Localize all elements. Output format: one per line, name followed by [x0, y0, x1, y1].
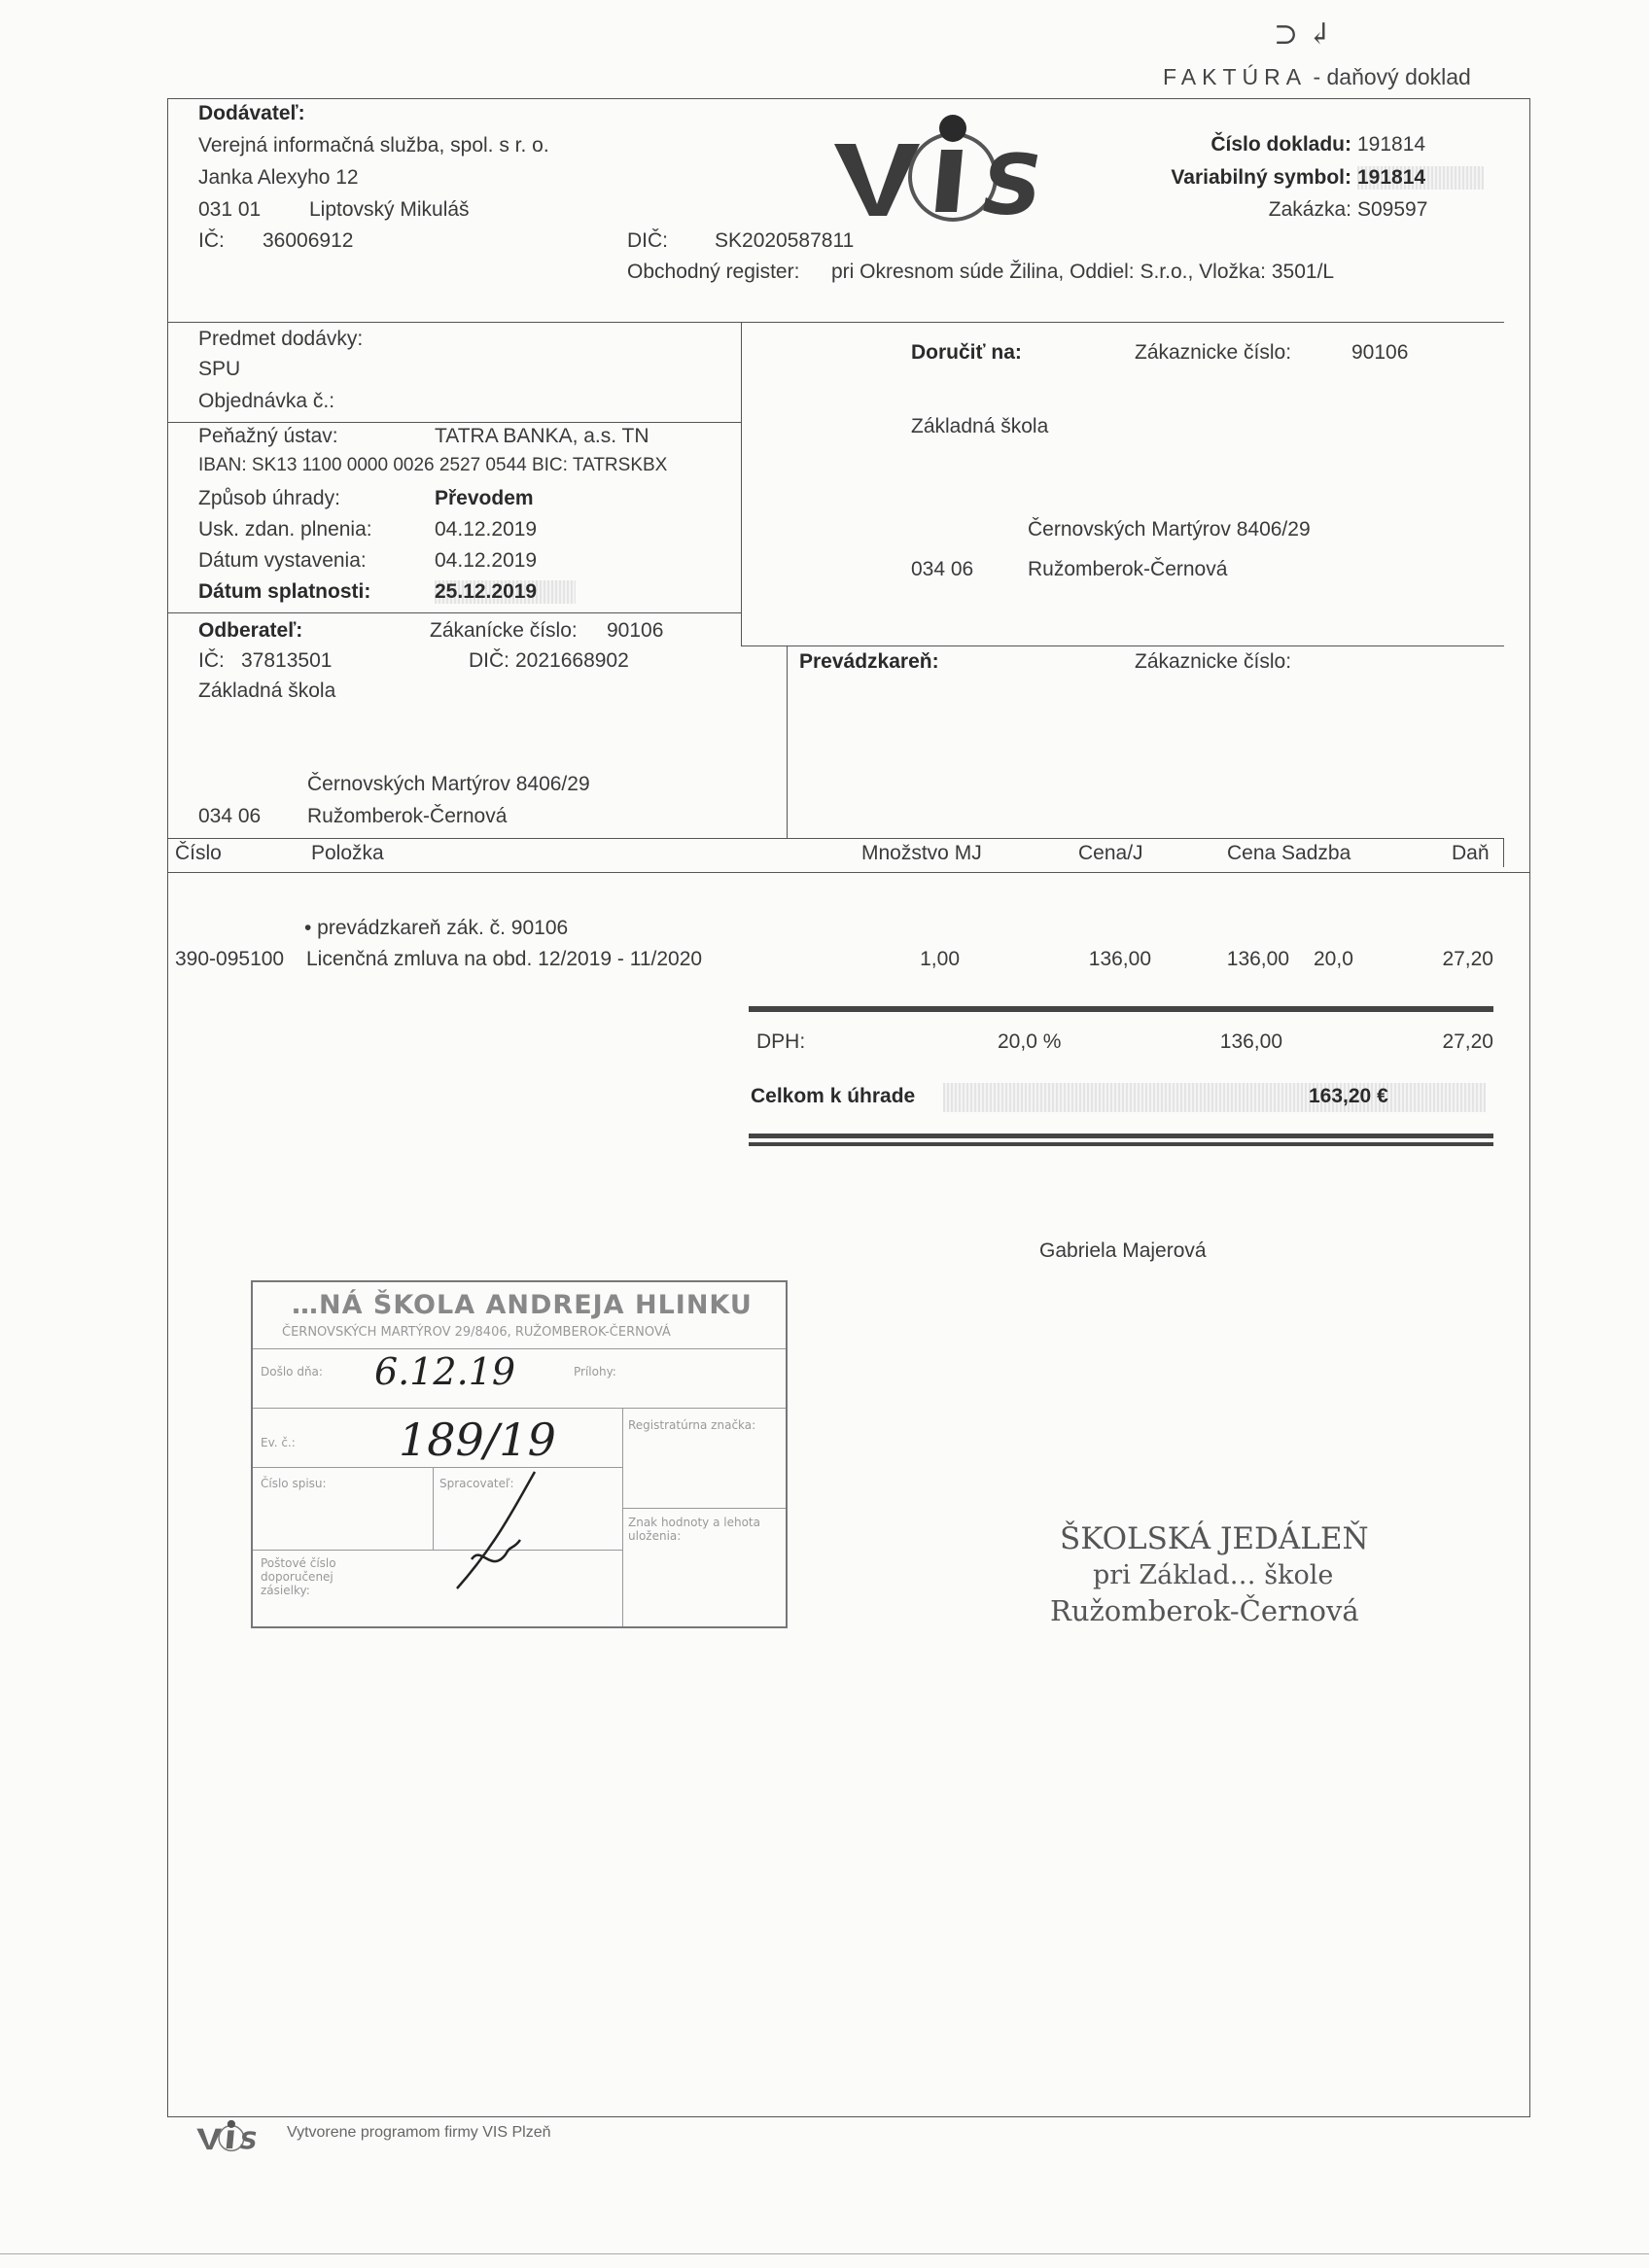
- item-unit-price: 136,00: [1089, 948, 1151, 971]
- summary-top-rule: [749, 1006, 1493, 1012]
- item-description: Licenčná zmluva na obd. 12/2019 - 11/202…: [306, 948, 702, 971]
- stamp-reg-label: Ev. č.:: [261, 1436, 296, 1449]
- customer-street: Černovských Martýrov 8406/29: [307, 773, 590, 796]
- item-tax: 27,20: [1442, 948, 1493, 971]
- table-header-divider: [167, 872, 1530, 873]
- divider-vertical: [1503, 838, 1504, 867]
- document-title-sub: - daňový doklad: [1313, 64, 1470, 89]
- stamp-received-label: Došlo dňa:: [261, 1365, 323, 1378]
- total-label: Celkom k úhrade: [751, 1085, 915, 1108]
- deliver-to-zip: 034 06: [911, 558, 973, 581]
- vat-rate: 20,0 %: [998, 1030, 1061, 1054]
- footer-vis-logo-graphic: S: [194, 2117, 263, 2152]
- payment-method: Převodem: [435, 487, 534, 510]
- stamp-file-no-label: Číslo spisu:: [261, 1477, 327, 1490]
- issued-by: Gabriela Majerová: [1039, 1239, 1207, 1263]
- signature-icon: [438, 1467, 554, 1593]
- footer-vis-logo: S: [194, 2117, 263, 2152]
- stamp2-line1: ŠKOLSKÁ JEDÁLEŇ: [1060, 1521, 1369, 1556]
- deliver-to-customer-no: 90106: [1351, 341, 1408, 365]
- deliver-to-label: Doručiť na:: [911, 341, 1022, 365]
- stamp-title: …NÁ ŠKOLA ANDREJA HLINKU: [292, 1290, 753, 1320]
- issue-date: 04.12.2019: [435, 549, 537, 573]
- deliver-to-street: Černovských Martýrov 8406/29: [1028, 518, 1311, 541]
- tax-date: 04.12.2019: [435, 518, 537, 541]
- register-label: Obchodný register:: [627, 261, 799, 284]
- deliver-to-customer-no-label: Zákaznicke číslo:: [1135, 341, 1291, 365]
- doc-number-label: Číslo dokladu:: [1210, 133, 1351, 157]
- divider-vertical: [787, 646, 788, 838]
- stamp-registry-mark-label: Registratúrna značka:: [628, 1418, 755, 1432]
- stamp-received-value: 6.12.19: [374, 1350, 515, 1393]
- deliver-to-city: Ružomberok-Černová: [1028, 558, 1227, 581]
- payment-method-label: Způsob úhrady:: [198, 487, 340, 510]
- customer-label: Odberateľ:: [198, 619, 302, 643]
- customer-dic: 2021668902: [515, 649, 629, 673]
- supplier-dic: SK2020587811: [715, 229, 854, 253]
- supplier-name: Verejná informačná služba, spol. s r. o.: [198, 134, 549, 157]
- due-date-label: Dátum splatnosti:: [198, 580, 370, 604]
- variable-symbol-label: Variabilný symbol:: [1171, 166, 1351, 190]
- customer-ico: 37813501: [241, 649, 332, 673]
- customer-no-label: Zákanícke číslo:: [430, 619, 578, 643]
- stamp2-line2: pri Základ… škole: [1093, 1560, 1333, 1590]
- col-header-number: Číslo: [175, 842, 222, 865]
- divider: [167, 838, 1504, 839]
- supplier-ico: 36006912: [263, 229, 353, 253]
- divider: [167, 612, 741, 613]
- scan-edge: [0, 2253, 1649, 2254]
- svg-text:S: S: [982, 137, 1042, 224]
- divider: [167, 322, 1504, 323]
- stamp-attachments-label: Prílohy:: [574, 1365, 616, 1378]
- deliver-to-name: Základná škola: [911, 415, 1048, 438]
- vis-logo-graphic: S: [826, 107, 1060, 224]
- col-header-price-rate: Cena Sadzba: [1227, 842, 1351, 865]
- divider: [167, 422, 741, 423]
- vat-amount: 27,20: [1442, 1030, 1493, 1054]
- establishment-label: Prevádzkareň:: [799, 650, 939, 674]
- variable-symbol: 191814: [1357, 166, 1484, 190]
- col-header-tax: Daň: [1452, 842, 1490, 865]
- handwritten-mark: ⊃ ↲: [1274, 17, 1332, 52]
- frame-left: [167, 98, 168, 2116]
- frame-top: [167, 98, 1530, 99]
- stamp-storage-label: Znak hodnoty a lehota uloženia:: [628, 1516, 774, 1543]
- supplier-ico-label: IČ:: [198, 229, 225, 253]
- order-value: S09597: [1357, 198, 1427, 222]
- total-amount: 163,20 €: [1309, 1085, 1388, 1108]
- due-date: 25.12.2019: [435, 580, 576, 604]
- customer-dic-label: DIČ:: [469, 649, 509, 673]
- item-code: 390-095100: [175, 948, 284, 971]
- issue-date-label: Dátum vystavenia:: [198, 549, 367, 573]
- document-title: FAKTÚRA - daňový doklad: [1163, 64, 1471, 90]
- divider-vertical: [741, 322, 742, 646]
- col-header-quantity: Množstvo MJ: [861, 842, 982, 865]
- customer-no: 90106: [607, 619, 663, 643]
- col-header-item: Položka: [311, 842, 384, 865]
- frame-right: [1529, 98, 1530, 2116]
- establishment-customer-no-label: Zákaznicke číslo:: [1135, 650, 1291, 674]
- customer-zip: 034 06: [198, 805, 261, 828]
- supplier-city: Liptovský Mikuláš: [309, 198, 470, 222]
- stamp-reg-value: 189/19: [399, 1413, 556, 1466]
- item-price: 136,00: [1227, 948, 1289, 971]
- bank-value: TATRA BANKA, a.s. TN: [435, 425, 649, 448]
- col-header-unit-price: Cena/J: [1078, 842, 1143, 865]
- supplier-zip: 031 01: [198, 198, 261, 222]
- vis-logo: S: [826, 107, 1060, 224]
- footer-text: Vytvorene programom firmy VIS Plzeň: [287, 2124, 551, 2142]
- order-number-label: Objednávka č.:: [198, 390, 334, 413]
- delivery-subject-value: SPU: [198, 358, 240, 381]
- bank-label: Peňažný ústav:: [198, 425, 338, 448]
- item-rate: 20,0: [1314, 948, 1353, 971]
- supplier-dic-label: DIČ:: [627, 229, 668, 253]
- customer-name: Základná škola: [198, 680, 335, 703]
- total-shading: [943, 1083, 1486, 1112]
- doc-number: 191814: [1357, 133, 1425, 157]
- vat-base: 136,00: [1220, 1030, 1282, 1054]
- item-quantity: 1,00: [920, 948, 960, 971]
- tax-date-label: Usk. zdan. plnenia:: [198, 518, 372, 541]
- registry-stamp: …NÁ ŠKOLA ANDREJA HLINKU ČERNOVSKÝCH MAR…: [251, 1280, 788, 1628]
- iban-line: IBAN: SK13 1100 0000 0026 2527 0544 BIC:…: [198, 455, 667, 476]
- document-title-main: FAKTÚRA: [1163, 64, 1307, 89]
- order-label: Zakázka:: [1269, 198, 1351, 222]
- svg-text:S: S: [240, 2127, 258, 2152]
- supplier-label: Dodávateľ:: [198, 102, 305, 125]
- customer-city: Ružomberok-Černová: [307, 805, 507, 828]
- frame-bottom: [167, 2116, 1530, 2117]
- supplier-street: Janka Alexyho 12: [198, 166, 359, 190]
- summary-bottom-rule-2: [749, 1142, 1493, 1146]
- stamp-address: ČERNOVSKÝCH MARTÝROV 29/8406, RUŽOMBEROK…: [282, 1325, 671, 1340]
- item-note: • prevádzkareň zák. č. 90106: [304, 917, 568, 940]
- stamp2-line3: Ružomberok-Černová: [1050, 1594, 1359, 1627]
- delivery-subject-label: Predmet dodávky:: [198, 328, 363, 351]
- stamp-postal-label: Poštové číslo doporučenej zásielky:: [261, 1556, 348, 1597]
- register-value: pri Okresnom súde Žilina, Oddiel: S.r.o.…: [831, 261, 1334, 284]
- divider: [741, 646, 1504, 646]
- summary-bottom-rule: [749, 1134, 1493, 1138]
- customer-ico-label: IČ:: [198, 649, 225, 673]
- vat-label: DPH:: [756, 1030, 805, 1054]
